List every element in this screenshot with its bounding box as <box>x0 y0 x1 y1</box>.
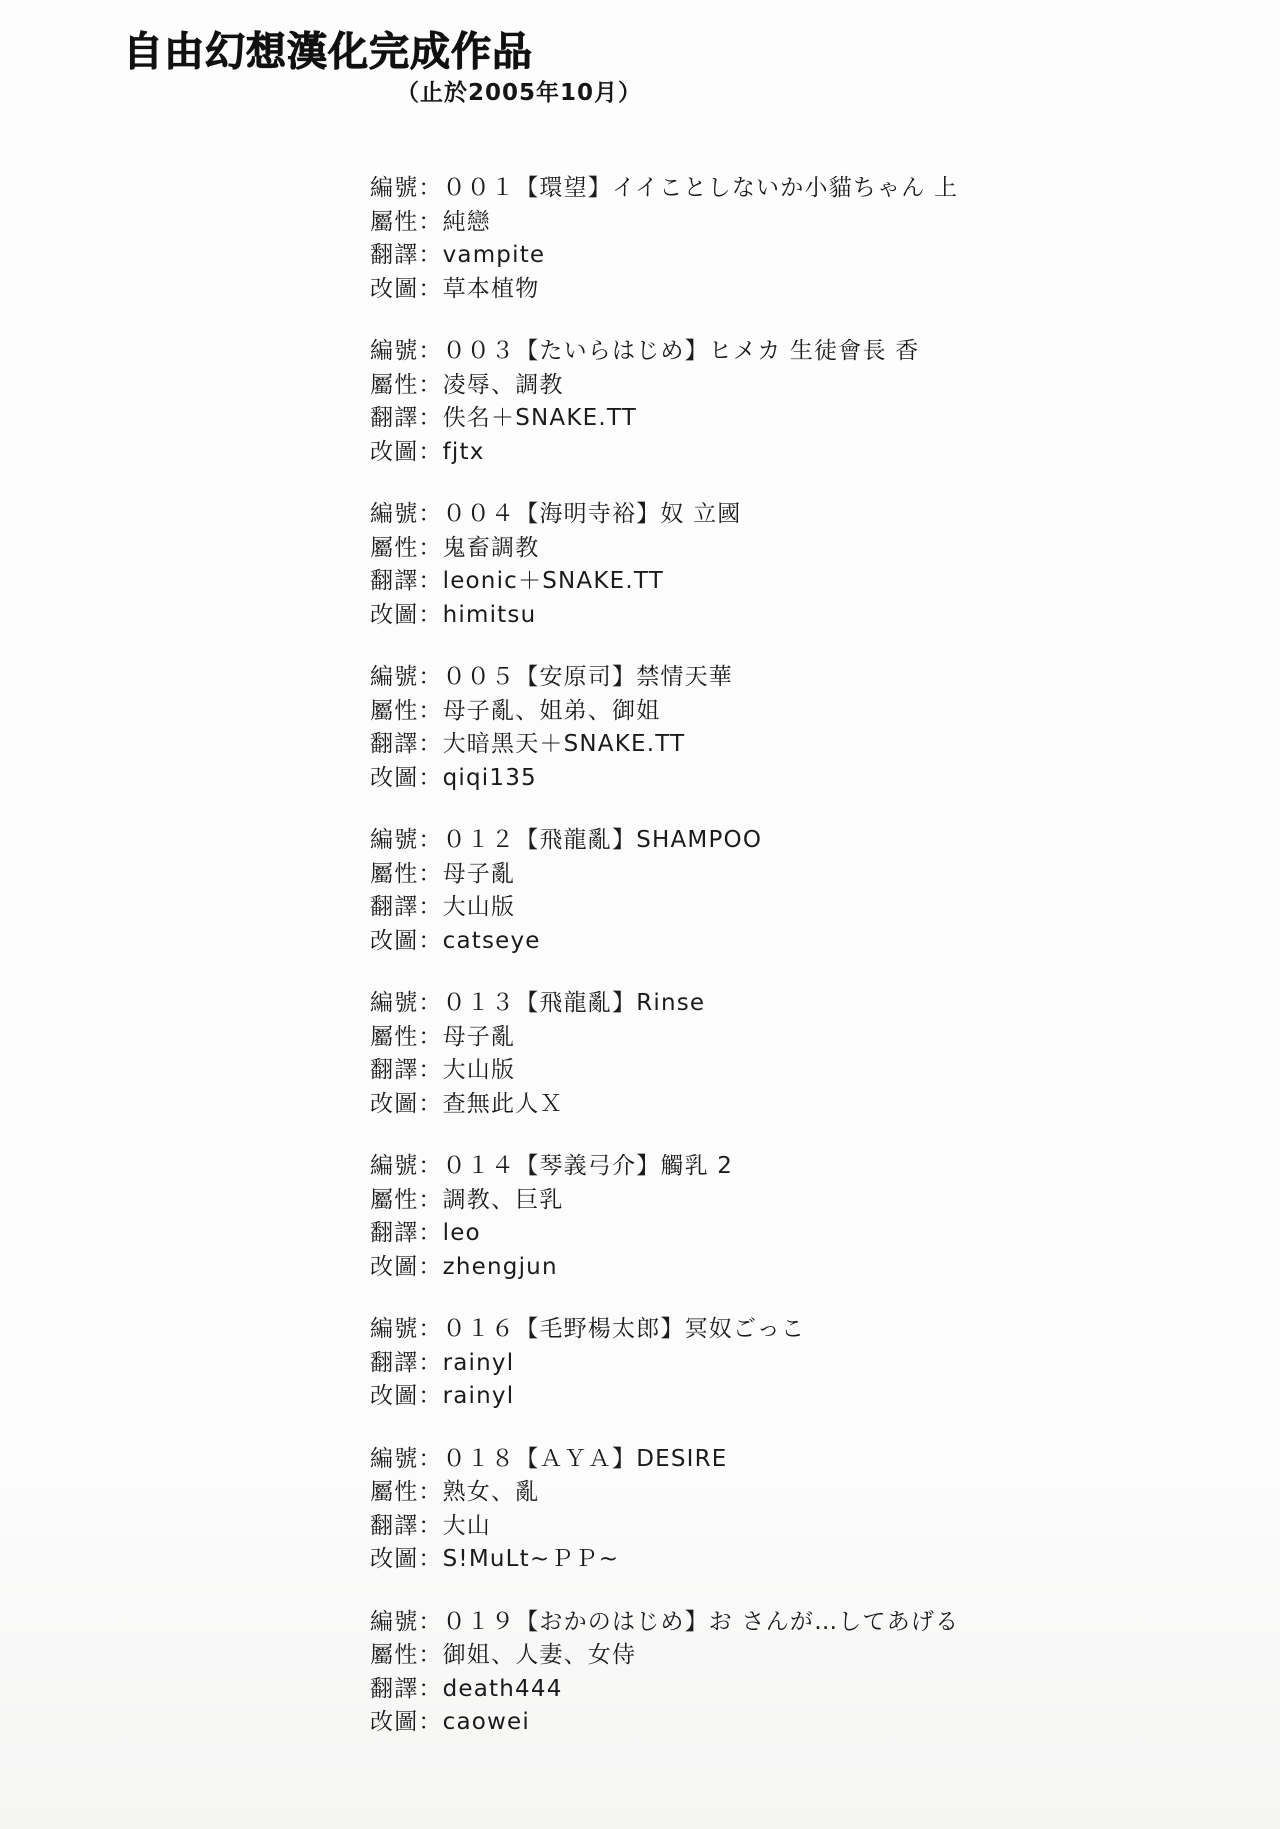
entry-line: 編號：０１８【ＡＹＡ】DESIRE <box>370 1443 1130 1477</box>
entry-line: 屬性：御姐、人妻、女侍 <box>370 1639 1130 1673</box>
entry-block: 編號：００１【環望】イイことしないか小貓ちゃん 上屬性：純戀翻譯：vampite… <box>370 172 1130 306</box>
entry-line: 翻譯：大山 <box>370 1510 1130 1544</box>
entry-line: 屬性：凌辱、調教 <box>370 369 1130 403</box>
entry-line: 改圖：caowei <box>370 1706 1130 1740</box>
entry-block: 編號：０１９【おかのはじめ】お さんが…してあげる屬性：御姐、人妻、女侍翻譯：d… <box>370 1606 1130 1740</box>
entry-line: 改圖：catseye <box>370 925 1130 959</box>
entry-line: 翻譯：leo <box>370 1217 1130 1251</box>
entry-line: 編號：０１４【琴義弓介】觸乳 2 <box>370 1150 1130 1184</box>
entry-line: 屬性：母子亂、姐弟、御姐 <box>370 695 1130 729</box>
entry-block: 編號：０１３【飛龍亂】Rinse屬性：母子亂翻譯：大山版改圖：查無此人Ｘ <box>370 987 1130 1121</box>
entry-line: 編號：００５【安原司】禁情天華 <box>370 661 1130 695</box>
entry-block: 編號：００５【安原司】禁情天華屬性：母子亂、姐弟、御姐翻譯：大暗黑天＋SNAKE… <box>370 661 1130 795</box>
entry-block: 編號：０１２【飛龍亂】SHAMPOO屬性：母子亂翻譯：大山版改圖：catseye <box>370 824 1130 958</box>
entry-line: 翻譯：rainyl <box>370 1347 1130 1381</box>
entry-line: 改圖：fjtx <box>370 436 1130 470</box>
entry-block: 編號：０１８【ＡＹＡ】DESIRE屬性：熟女、亂翻譯：大山改圖：S!MuLt~Ｐ… <box>370 1443 1130 1577</box>
entry-line: 編號：０１３【飛龍亂】Rinse <box>370 987 1130 1021</box>
entries-list: 編號：００１【環望】イイことしないか小貓ちゃん 上屬性：純戀翻譯：vampite… <box>370 172 1130 1769</box>
entry-line: 改圖：查無此人Ｘ <box>370 1088 1130 1122</box>
entry-line: 翻譯：大暗黑天＋SNAKE.TT <box>370 728 1130 762</box>
entry-line: 改圖：zhengjun <box>370 1251 1130 1285</box>
entry-line: 翻譯：leonic＋SNAKE.TT <box>370 565 1130 599</box>
entry-line: 屬性：鬼畜調教 <box>370 532 1130 566</box>
entry-line: 屬性：純戀 <box>370 206 1130 240</box>
entry-line: 屬性：母子亂 <box>370 1021 1130 1055</box>
entry-line: 屬性：熟女、亂 <box>370 1476 1130 1510</box>
entry-line: 編號：０１９【おかのはじめ】お さんが…してあげる <box>370 1606 1130 1640</box>
entry-line: 編號：０１６【毛野楊太郎】冥奴ごっこ <box>370 1313 1130 1347</box>
entry-line: 改圖：rainyl <box>370 1380 1130 1414</box>
entry-line: 編號：００１【環望】イイことしないか小貓ちゃん 上 <box>370 172 1130 206</box>
entry-line: 翻譯：vampite <box>370 239 1130 273</box>
page-subtitle: （止於2005年10月） <box>396 74 642 107</box>
entry-block: 編號：００４【海明寺裕】奴 立國屬性：鬼畜調教翻譯：leonic＋SNAKE.T… <box>370 498 1130 632</box>
entry-line: 屬性：母子亂 <box>370 858 1130 892</box>
entry-line: 翻譯：佚名＋SNAKE.TT <box>370 402 1130 436</box>
page-title: 自由幻想漢化完成作品 <box>123 20 533 77</box>
entry-line: 改圖：qiqi135 <box>370 762 1130 796</box>
entry-block: 編號：０１６【毛野楊太郎】冥奴ごっこ翻譯：rainyl改圖：rainyl <box>370 1313 1130 1414</box>
entry-line: 屬性：調教、巨乳 <box>370 1184 1130 1218</box>
entry-line: 翻譯：大山版 <box>370 891 1130 925</box>
entry-line: 改圖：S!MuLt~ＰＰ~ <box>370 1543 1130 1577</box>
entry-line: 改圖：himitsu <box>370 599 1130 633</box>
entry-line: 翻譯：death444 <box>370 1673 1130 1707</box>
entry-line: 編號：０１２【飛龍亂】SHAMPOO <box>370 824 1130 858</box>
entry-block: 編號：００３【たいらはじめ】ヒメカ 生徒會長 香屬性：凌辱、調教翻譯：佚名＋SN… <box>370 335 1130 469</box>
entry-line: 改圖：草本植物 <box>370 273 1130 307</box>
entry-line: 翻譯：大山版 <box>370 1054 1130 1088</box>
entry-block: 編號：０１４【琴義弓介】觸乳 2屬性：調教、巨乳翻譯：leo改圖：zhengju… <box>370 1150 1130 1284</box>
entry-line: 編號：００４【海明寺裕】奴 立國 <box>370 498 1130 532</box>
entry-line: 編號：００３【たいらはじめ】ヒメカ 生徒會長 香 <box>370 335 1130 369</box>
